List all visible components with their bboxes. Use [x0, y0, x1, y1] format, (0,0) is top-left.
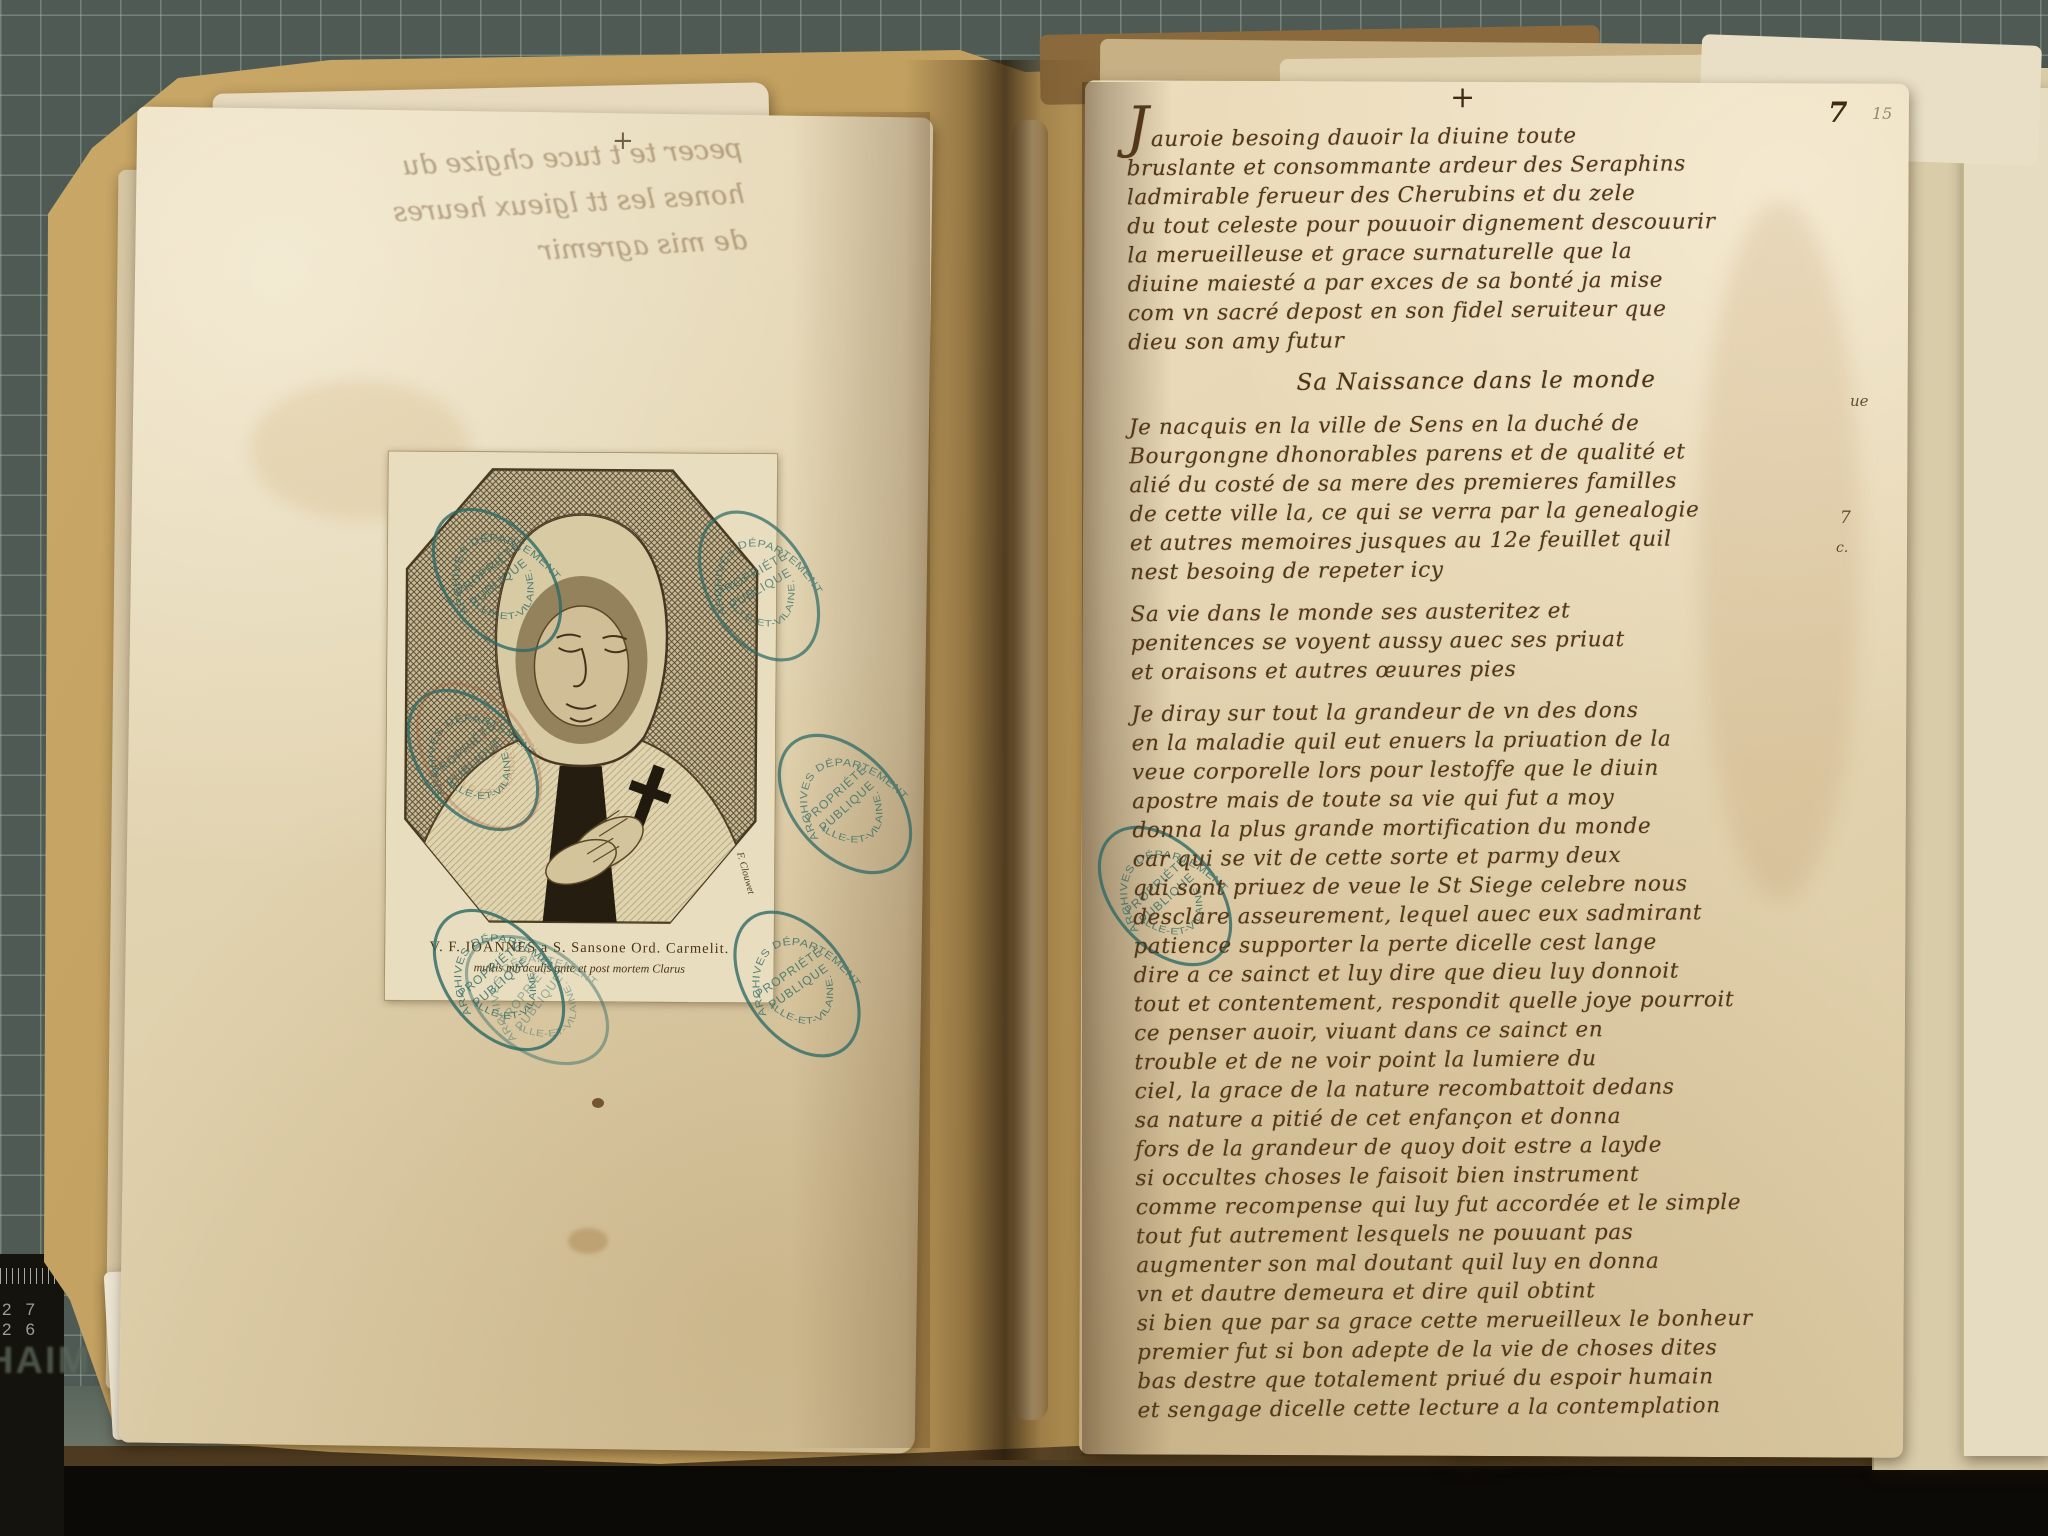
manuscript-paragraph-3: Sa vie dans le monde ses austeritez etpe…	[1130, 594, 1887, 688]
ink-stain	[592, 1098, 604, 1108]
manuscript-paragraph-4: Je diray sur tout la grandeur de vn des …	[1131, 694, 1893, 1426]
cross-mark-right-page: +	[1450, 80, 1475, 115]
manuscript-text-block: Jauroie besoing dauoir la diuine toutebr…	[1126, 113, 1893, 1439]
book-gutter-shadow	[905, 60, 1105, 1460]
manuscript-paragraph-1: Jauroie besoing dauoir la diuine toutebr…	[1126, 113, 1884, 358]
offset-mirrored-writing: pecer te t tuce chgize duhones les tt lg…	[202, 126, 748, 292]
paper-stain	[568, 1228, 608, 1254]
mat-ruler-strip: 27 26 HAIM	[0, 1254, 64, 1536]
manuscript-photo-scene: 27 26 HAIM pecer te t tuce chgize duhone…	[0, 0, 2048, 1536]
handwritten-line: et sengage dicelle cette lecture a la co…	[1137, 1390, 1893, 1426]
manuscript-paragraph-2: Je nacquis en la ville de Sens en la duc…	[1129, 407, 1886, 588]
manuscript-heading: Sa Naissance dans le monde	[1296, 364, 1884, 398]
dark-foreground	[0, 1466, 2048, 1536]
page-stack-right-inner	[1962, 88, 2048, 1456]
handwritten-line: et oraisons et autres œuures pies	[1131, 652, 1887, 688]
handwritten-line: dieu son amy futur	[1128, 322, 1884, 358]
ruler-numbers: 27 26	[2, 1300, 64, 1340]
mat-brand-text: HAIM	[0, 1340, 91, 1383]
handwritten-line: nest besoing de repeter icy	[1130, 552, 1886, 588]
cross-mark-left-page: +	[612, 126, 634, 156]
